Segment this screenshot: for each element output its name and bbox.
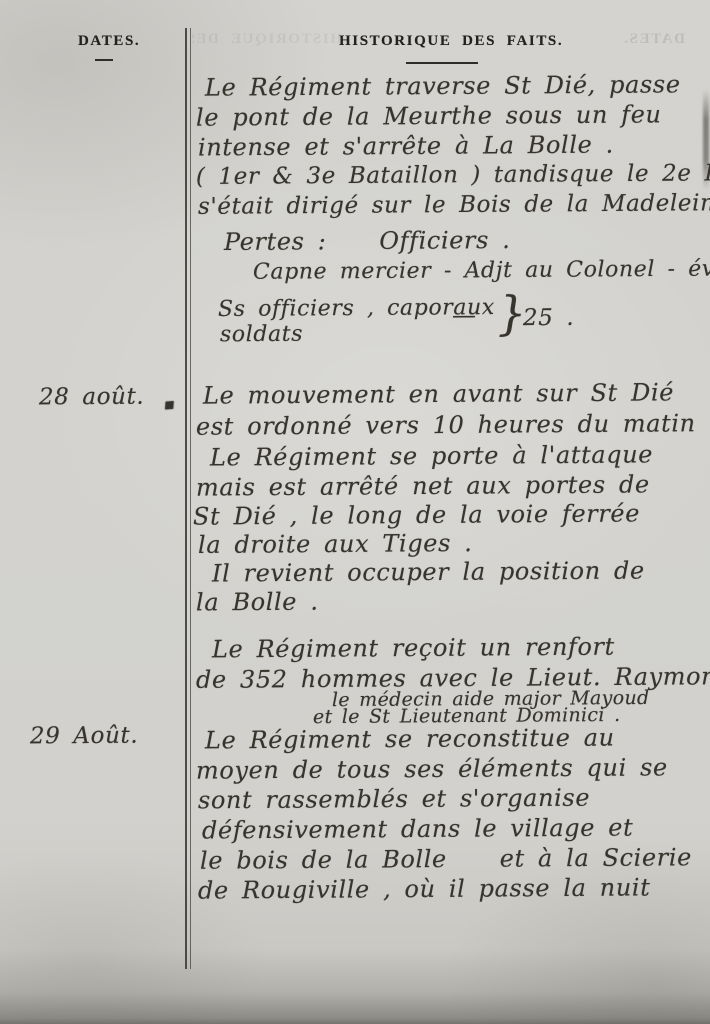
column-header-dates: DATES.	[78, 33, 140, 50]
handwritten-line: Le Régiment se porte à l'attaque	[210, 442, 653, 469]
handwritten-line: est ordonné vers 10 heures du matin	[196, 411, 696, 438]
date-dash-mark: -	[164, 374, 176, 432]
column-divider	[185, 28, 191, 969]
pertes-dash: —	[452, 303, 477, 327]
journal-page: DATES. HISTORIQUE DES FAITS. DATES. HIST…	[0, 0, 710, 1024]
page-shadow-bottom	[0, 949, 710, 1024]
handwritten-line: la Bolle .	[196, 590, 319, 615]
handwritten-line: Le Régiment se reconstitue au	[205, 726, 615, 753]
handwritten-line: moyen de tous ses éléments qui se	[196, 755, 668, 782]
historique-header-underline	[406, 62, 478, 64]
handwritten-line: s'était dirigé sur le Bois de la Madelei…	[198, 192, 710, 219]
column-header-historique: HISTORIQUE DES FAITS.	[339, 33, 563, 50]
handwritten-line: sont rassemblés et s'organise	[198, 786, 590, 813]
pertes-title: Pertes : Officiers .	[224, 228, 511, 254]
pertes-group-line: soldats	[220, 324, 303, 347]
handwritten-line: le pont de la Meurthe sous un feu	[196, 102, 662, 129]
handwritten-line: le bois de la Bolle et à la Scierie	[200, 845, 692, 872]
bleed-through-dates: DATES.	[575, 31, 685, 48]
bleed-through-historique: HISTORIQUE DES FAITS.	[192, 31, 342, 48]
pertes-officers-line: Capne mercier - Adjt au Colonel - évacué	[253, 258, 710, 284]
handwritten-line: mais est arrêté net aux portes de	[196, 472, 650, 499]
handwritten-line: de Rougiville , où il passe la nuit	[198, 875, 651, 902]
dates-header-underline	[95, 59, 113, 61]
handwritten-line: Le Régiment reçoit un renfort	[212, 635, 615, 662]
handwritten-line: intense et s'arrête à La Bolle .	[198, 133, 614, 160]
handwritten-line: Il revient occuper la position de	[212, 558, 645, 585]
entry-date: 29 Août.	[30, 725, 138, 749]
handwritten-line: ( 1er & 3e Bataillon ) tandisque le 2e B…	[196, 162, 710, 189]
handwritten-line: la droite aux Tiges .	[198, 531, 473, 557]
handwritten-line: St Dié , le long de la voie ferrée	[193, 501, 640, 528]
handwritten-line: Le mouvement en avant sur St Dié	[203, 380, 674, 407]
pertes-count: 25 .	[523, 307, 574, 330]
entry-date: 28 août.	[39, 386, 144, 410]
handwritten-line: Le Régiment traverse St Dié, passe	[205, 72, 681, 99]
handwritten-line: défensivement dans le village et	[202, 815, 633, 842]
